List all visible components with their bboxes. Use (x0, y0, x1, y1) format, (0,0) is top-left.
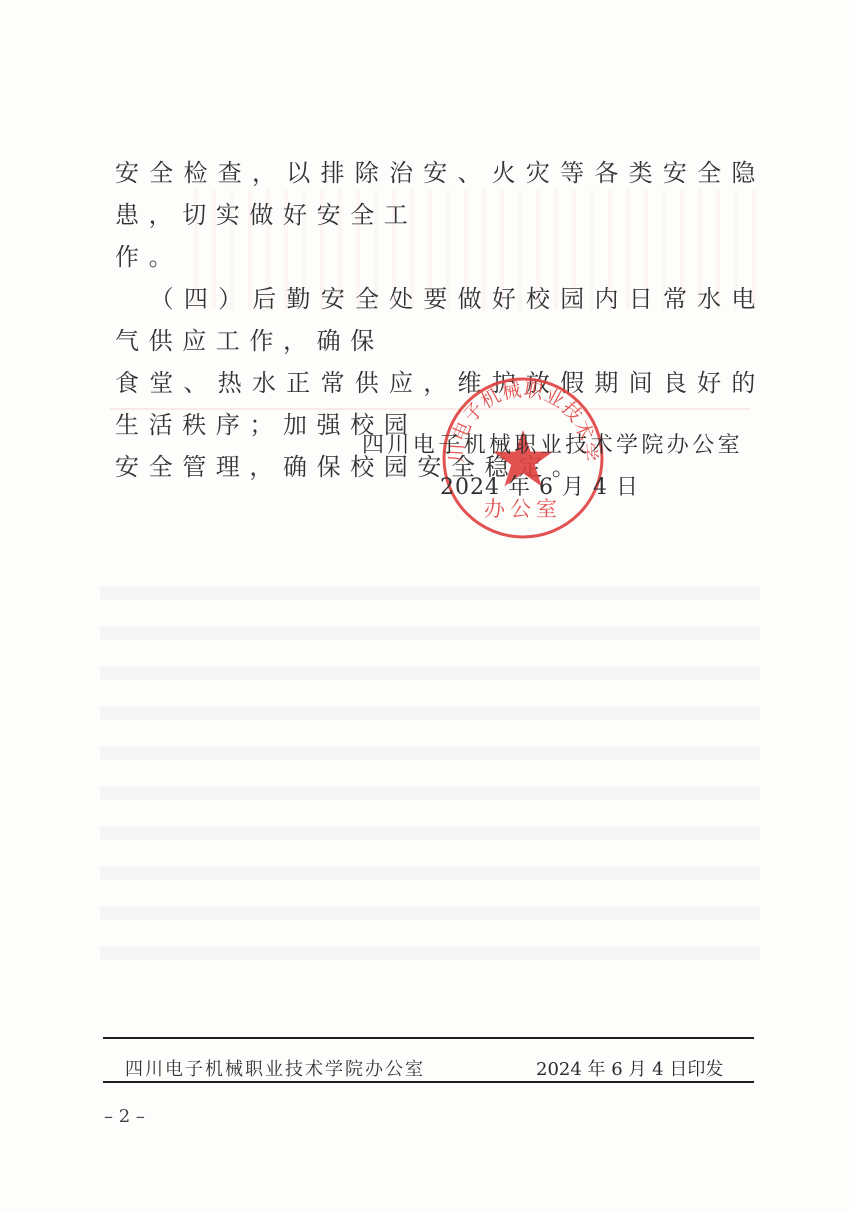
signature-organization: 四川电子机械职业技术学院办公室 (362, 428, 743, 459)
text-line: （四）后勤安全处要做好校园内日常水电气供应工作，确保 (115, 285, 765, 355)
page-number: – 2 – (104, 1106, 145, 1127)
document-page: 安全检查，以排除治安、火灾等各类安全隐患，切实做好安全工 作。 （四）后勤安全处… (0, 0, 850, 1212)
footer-top-rule (103, 1037, 754, 1039)
footer-bottom-rule (103, 1081, 754, 1083)
signature-date: 2024 年 6 月 4 日 (440, 470, 639, 501)
footer-issue-date: 2024 年 6 月 4 日印发 (536, 1055, 723, 1081)
paragraph-continuation: 安全检查，以排除治安、火灾等各类安全隐患，切实做好安全工 作。 (115, 152, 765, 278)
reverse-side-bleed-through (100, 560, 760, 980)
text-line: 作。 (115, 243, 182, 271)
footer-issuer: 四川电子机械职业技术学院办公室 (125, 1055, 425, 1081)
text-line: 安全检查，以排除治安、火灾等各类安全隐患，切实做好安全工 (115, 159, 765, 229)
